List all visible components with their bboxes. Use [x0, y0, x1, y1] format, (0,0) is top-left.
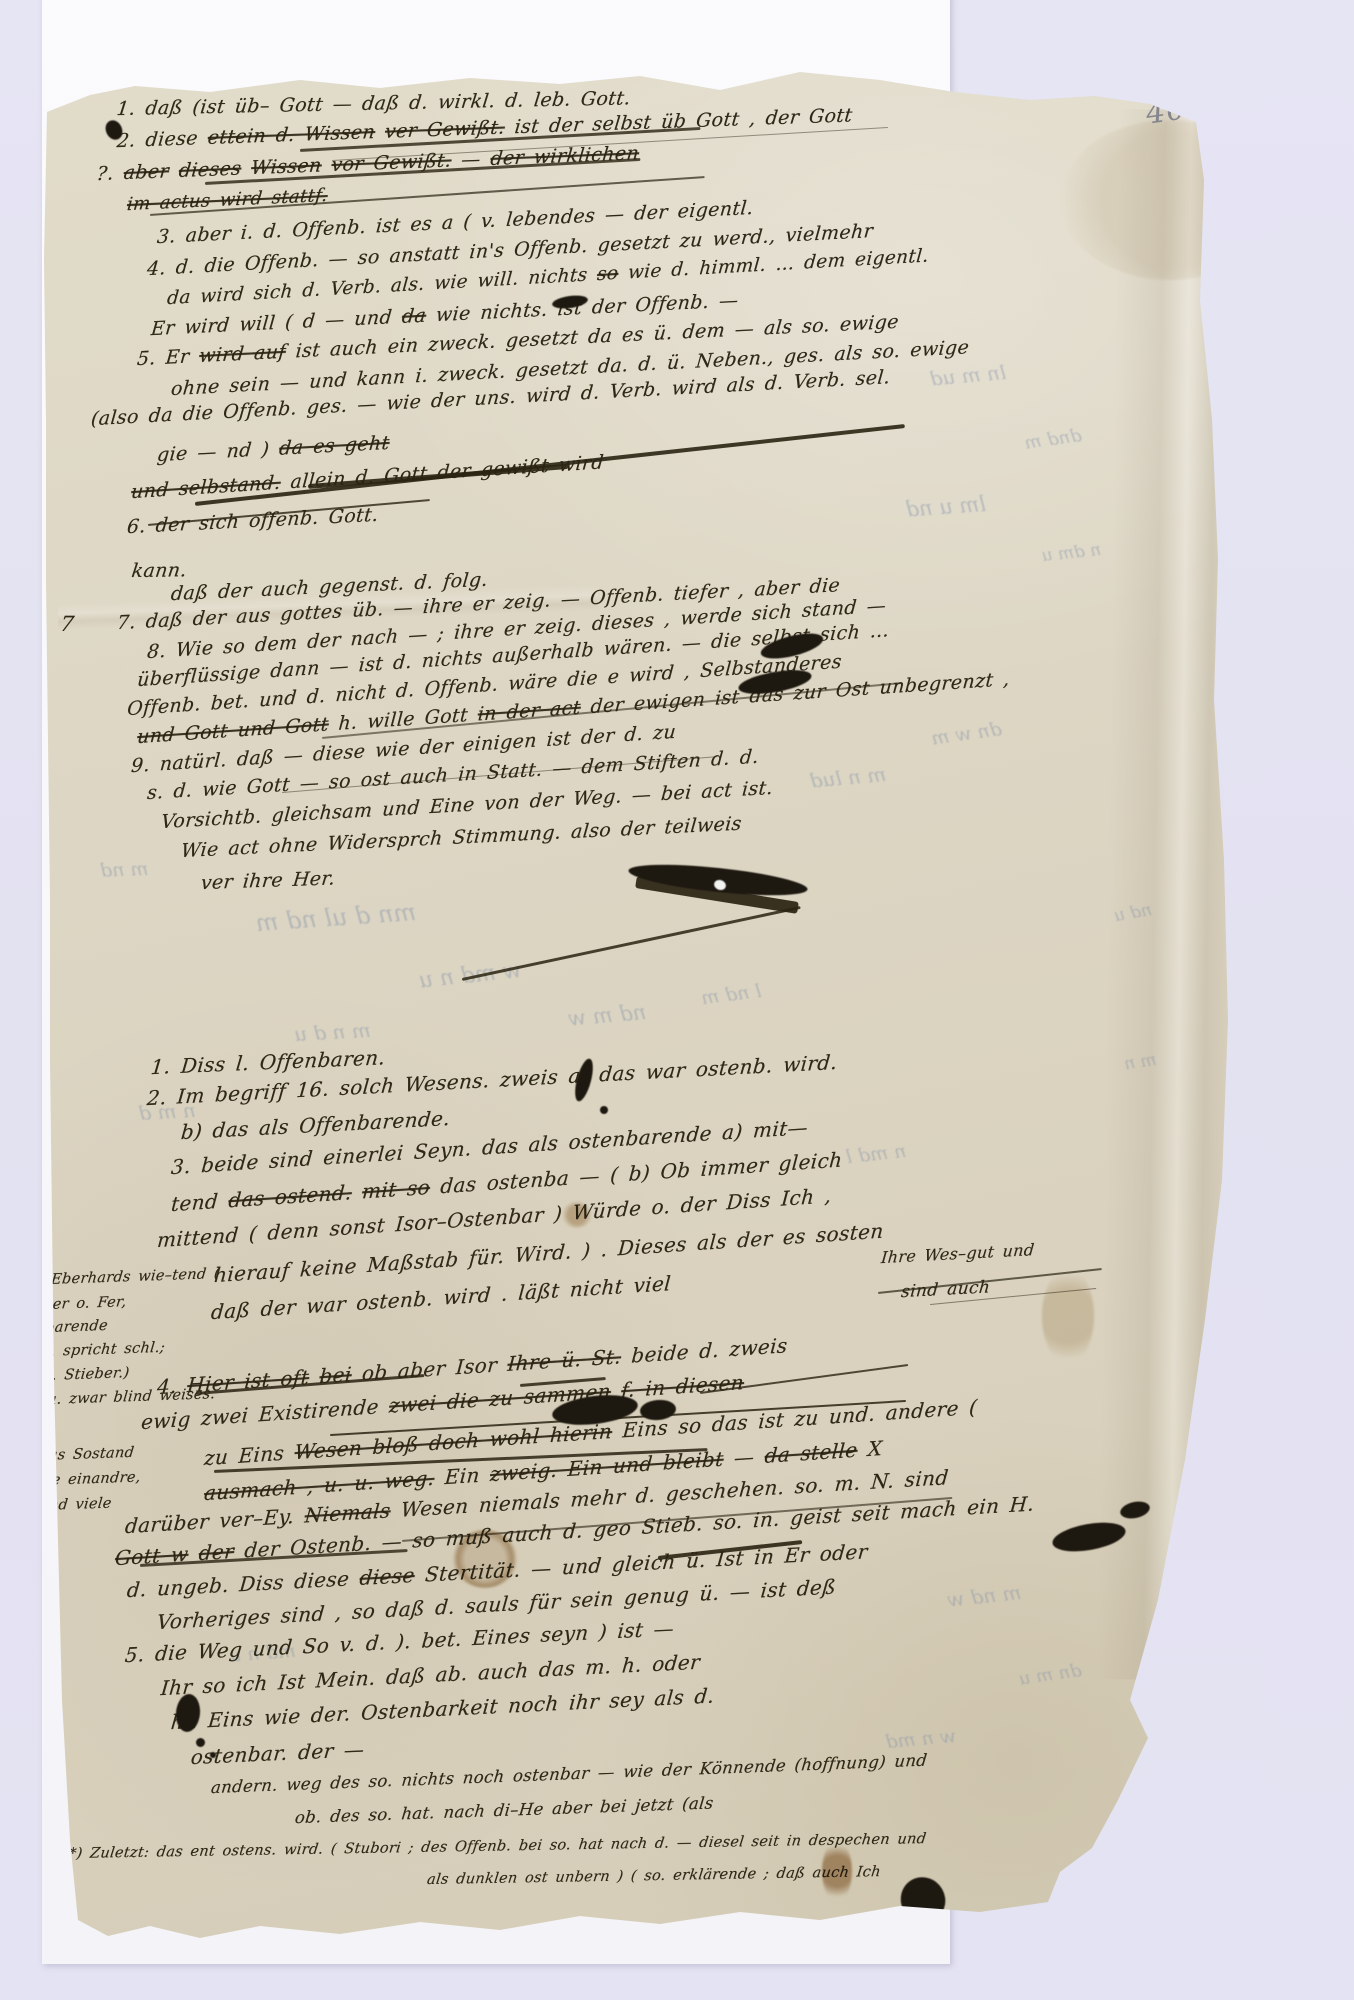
ink-blot	[210, 1752, 216, 1758]
bleedthrough-line: nd u	[1112, 900, 1153, 926]
bleedthrough-line: m n	[1123, 1050, 1158, 1074]
handwriting-line: ver ihre Her.	[200, 867, 337, 894]
footnote-line: *) Zuletzt: das ent ostens. wird. ( Stub…	[68, 1831, 927, 1862]
scanned-manuscript-view: ln m uddnd mlm u ndn dm udn w mm n ludmn…	[0, 0, 1354, 2000]
bleedthrough-line: mn d ul nd m	[255, 898, 417, 937]
bleedthrough-line: nd m w	[567, 1000, 647, 1031]
margin-note-line: u. spricht schl.;	[40, 1340, 166, 1360]
bleedthrough-line: dn m u	[1017, 1660, 1083, 1690]
bleedthrough-line: m n lud	[809, 762, 887, 793]
bleedthrough-line: n md l	[845, 1140, 908, 1168]
paper-stain	[562, 1202, 592, 1228]
bleedthrough-line: m nd	[100, 858, 149, 882]
bleedthrough-line: w n md	[885, 1725, 957, 1753]
handwriting-line: b) das als Offenbarende.	[180, 1106, 451, 1144]
handwriting-line: 1. Diss l. Offenbaren.	[150, 1045, 387, 1079]
paper-stain	[1060, 120, 1280, 280]
handwriting-line: gie — nd ) da es geht	[156, 432, 390, 466]
handwriting-line: ostenbar. der —	[190, 1737, 366, 1769]
margin-note-line: barende	[44, 1318, 108, 1336]
margin-note-line: (Eberhards wie–tend (	[44, 1266, 220, 1288]
bleedthrough-line: dn w m	[930, 718, 1003, 750]
footnote-line: als dunklen ost unbern ) ( so. erklärend…	[426, 1864, 882, 1888]
ink-blot	[1119, 1499, 1152, 1521]
margin-note-line: o. Stieber.)	[42, 1365, 130, 1384]
paper-stain	[822, 1840, 852, 1902]
bleedthrough-line: l nd m	[700, 980, 763, 1009]
bleedthrough-line: m nd w	[946, 1580, 1023, 1612]
bleedthrough-line: m n d u	[293, 1018, 371, 1046]
page-number: 40	[1144, 91, 1189, 131]
ink-blot	[600, 1106, 608, 1114]
margin-note-line: der o. Fer,	[42, 1294, 127, 1313]
margin-note-right: Ihre Wes–gut und	[880, 1240, 1035, 1267]
handwriting-line: kann.	[130, 559, 188, 582]
handwriting-line: ob. des so. hat. nach di–He aber bei jet…	[294, 1793, 715, 1827]
paper-stain	[1042, 1268, 1094, 1364]
ink-strikethrough-stroke	[462, 906, 801, 980]
bleedthrough-line: n dm u	[1041, 540, 1102, 566]
ink-blot	[196, 1738, 205, 1747]
bleedthrough-line: lm u nd	[905, 492, 987, 522]
handwriting-layer: ln m uddnd mlm u ndn dm udn w mm n ludmn…	[0, 0, 1354, 2000]
ink-blot	[1050, 1518, 1127, 1556]
bleedthrough-line: ln m ud	[929, 360, 1007, 391]
paper-stain	[452, 1530, 518, 1588]
manuscript-paper: ln m uddnd mlm u ndn dm udn w mm n ludmn…	[0, 0, 1354, 2000]
bleedthrough-line: dnd m	[1023, 425, 1083, 454]
margin-number-7: 7	[59, 612, 76, 636]
